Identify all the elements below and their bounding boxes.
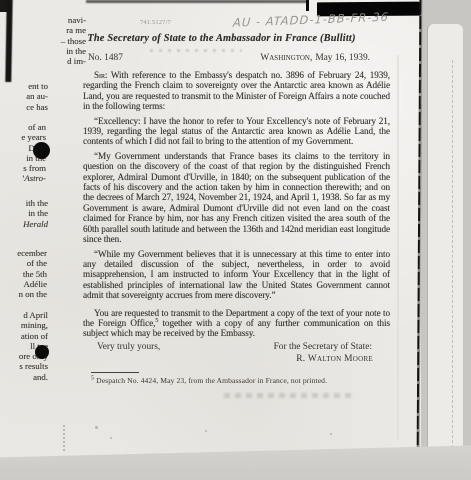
file-number: 741.5127/7: [140, 19, 171, 26]
footnote-rule: [91, 372, 139, 373]
margin-fragment-group: ent toan au-ce has: [0, 81, 48, 112]
page-fold-shadow: [397, 55, 399, 440]
adjacent-page-dotted-line: [452, 60, 453, 448]
paragraph-1: Sir: With reference to the Embassy's des…: [83, 70, 390, 112]
margin-text-fragment: and.: [0, 372, 48, 382]
salutation: Sir:: [94, 70, 107, 80]
document-title: The Secretary of State to the Ambassador…: [83, 33, 360, 44]
bleed-through-smudge: [224, 393, 356, 398]
footnote: 5 Despatch No. 4424, May 23, from the Am…: [91, 376, 390, 385]
paragraph-5: You are requested to transmit to the Dep…: [83, 308, 390, 339]
valediction: Very truly yours,: [97, 342, 160, 352]
margin-text-fragment: the 5th: [0, 269, 47, 279]
margin-text-fragment: ra me: [0, 25, 86, 35]
margin-text-fragment: ith the: [0, 198, 48, 208]
scan-top-edge-smudge: [86, 0, 308, 3]
speck: [205, 430, 207, 432]
margin-text-fragment: of the: [0, 258, 47, 268]
paragraph-3: “My Government understands that France b…: [83, 151, 390, 245]
speck: [330, 433, 332, 435]
signature: R. Walton Moore: [83, 354, 390, 364]
for-secretary-line: For the Secretary of State:: [274, 342, 390, 352]
dateline-place: Washington,: [260, 53, 312, 63]
margin-text-fragment: ’Astro-: [0, 173, 46, 183]
margin-text-fragment: an au-: [0, 91, 48, 101]
adjacent-page-strip: [427, 24, 463, 452]
closing-row: Very truly yours, For the Secretary of S…: [83, 342, 390, 352]
pencil-annotation: AU - ATADD-1-BB-FR-36: [233, 8, 424, 29]
scan-black-tick: [306, 0, 309, 11]
dateline-date: May 16, 1939.: [315, 53, 370, 63]
margin-text-fragment: ecember: [0, 248, 47, 258]
margin-text-fragment: mining,: [0, 320, 48, 330]
margin-text-fragment: ent to: [0, 81, 48, 91]
place-date: Washington,May 16, 1939.: [260, 53, 390, 63]
margin-text-fragment: e years: [0, 132, 46, 142]
margin-text-fragment: ation of: [0, 331, 48, 341]
margin-text-fragment: Adélie: [0, 279, 47, 289]
document-number: No. 1487: [88, 53, 123, 63]
margin-text-fragment: s from: [0, 163, 46, 173]
speck: [95, 426, 98, 429]
margin-text-fragment: d im-: [0, 56, 86, 66]
margin-fragment-group: ecemberof thethe 5thAdélien on the: [0, 248, 47, 299]
margin-fragment-group: ith thein theHerald: [0, 198, 48, 229]
margin-text-fragment: s results: [0, 361, 48, 371]
footnote-text: Despatch No. 4424, May 23, from the Amba…: [94, 376, 327, 385]
speck: [110, 437, 112, 439]
pencil-speck-column: [63, 425, 65, 451]
margin-text-fragment: d April: [0, 310, 48, 320]
ink-blot: [35, 345, 49, 359]
margin-text-fragment: n on the: [0, 289, 47, 299]
paragraph-2: “Excellency: I have the honor to refer t…: [83, 116, 390, 147]
paragraph-1-text: With reference to the Embassy's despatch…: [83, 70, 390, 111]
margin-text-fragment: ce has: [0, 102, 48, 112]
ink-blot: [33, 142, 50, 159]
left-margin-column: navi-ra me– thosein thed im-ent toan au-…: [0, 0, 90, 480]
dateline-row: No. 1487 Washington,May 16, 1939.: [83, 53, 390, 63]
margin-text-fragment: – those: [0, 36, 86, 46]
scanned-document-page: navi-ra me– thosein thed im-ent toan au-…: [0, 0, 471, 480]
margin-text-fragment: Herald: [0, 219, 48, 229]
margin-fragment-group: navi-ra me– thosein thed im-: [0, 15, 86, 66]
document-body: The Secretary of State to the Ambassador…: [83, 28, 390, 385]
margin-text-fragment: of an: [0, 122, 46, 132]
paragraph-4: “While my Government believes that it is…: [83, 249, 390, 301]
margin-text-fragment: in the: [0, 208, 48, 218]
margin-text-fragment: navi-: [0, 15, 86, 25]
margin-text-fragment: in the: [0, 46, 86, 56]
